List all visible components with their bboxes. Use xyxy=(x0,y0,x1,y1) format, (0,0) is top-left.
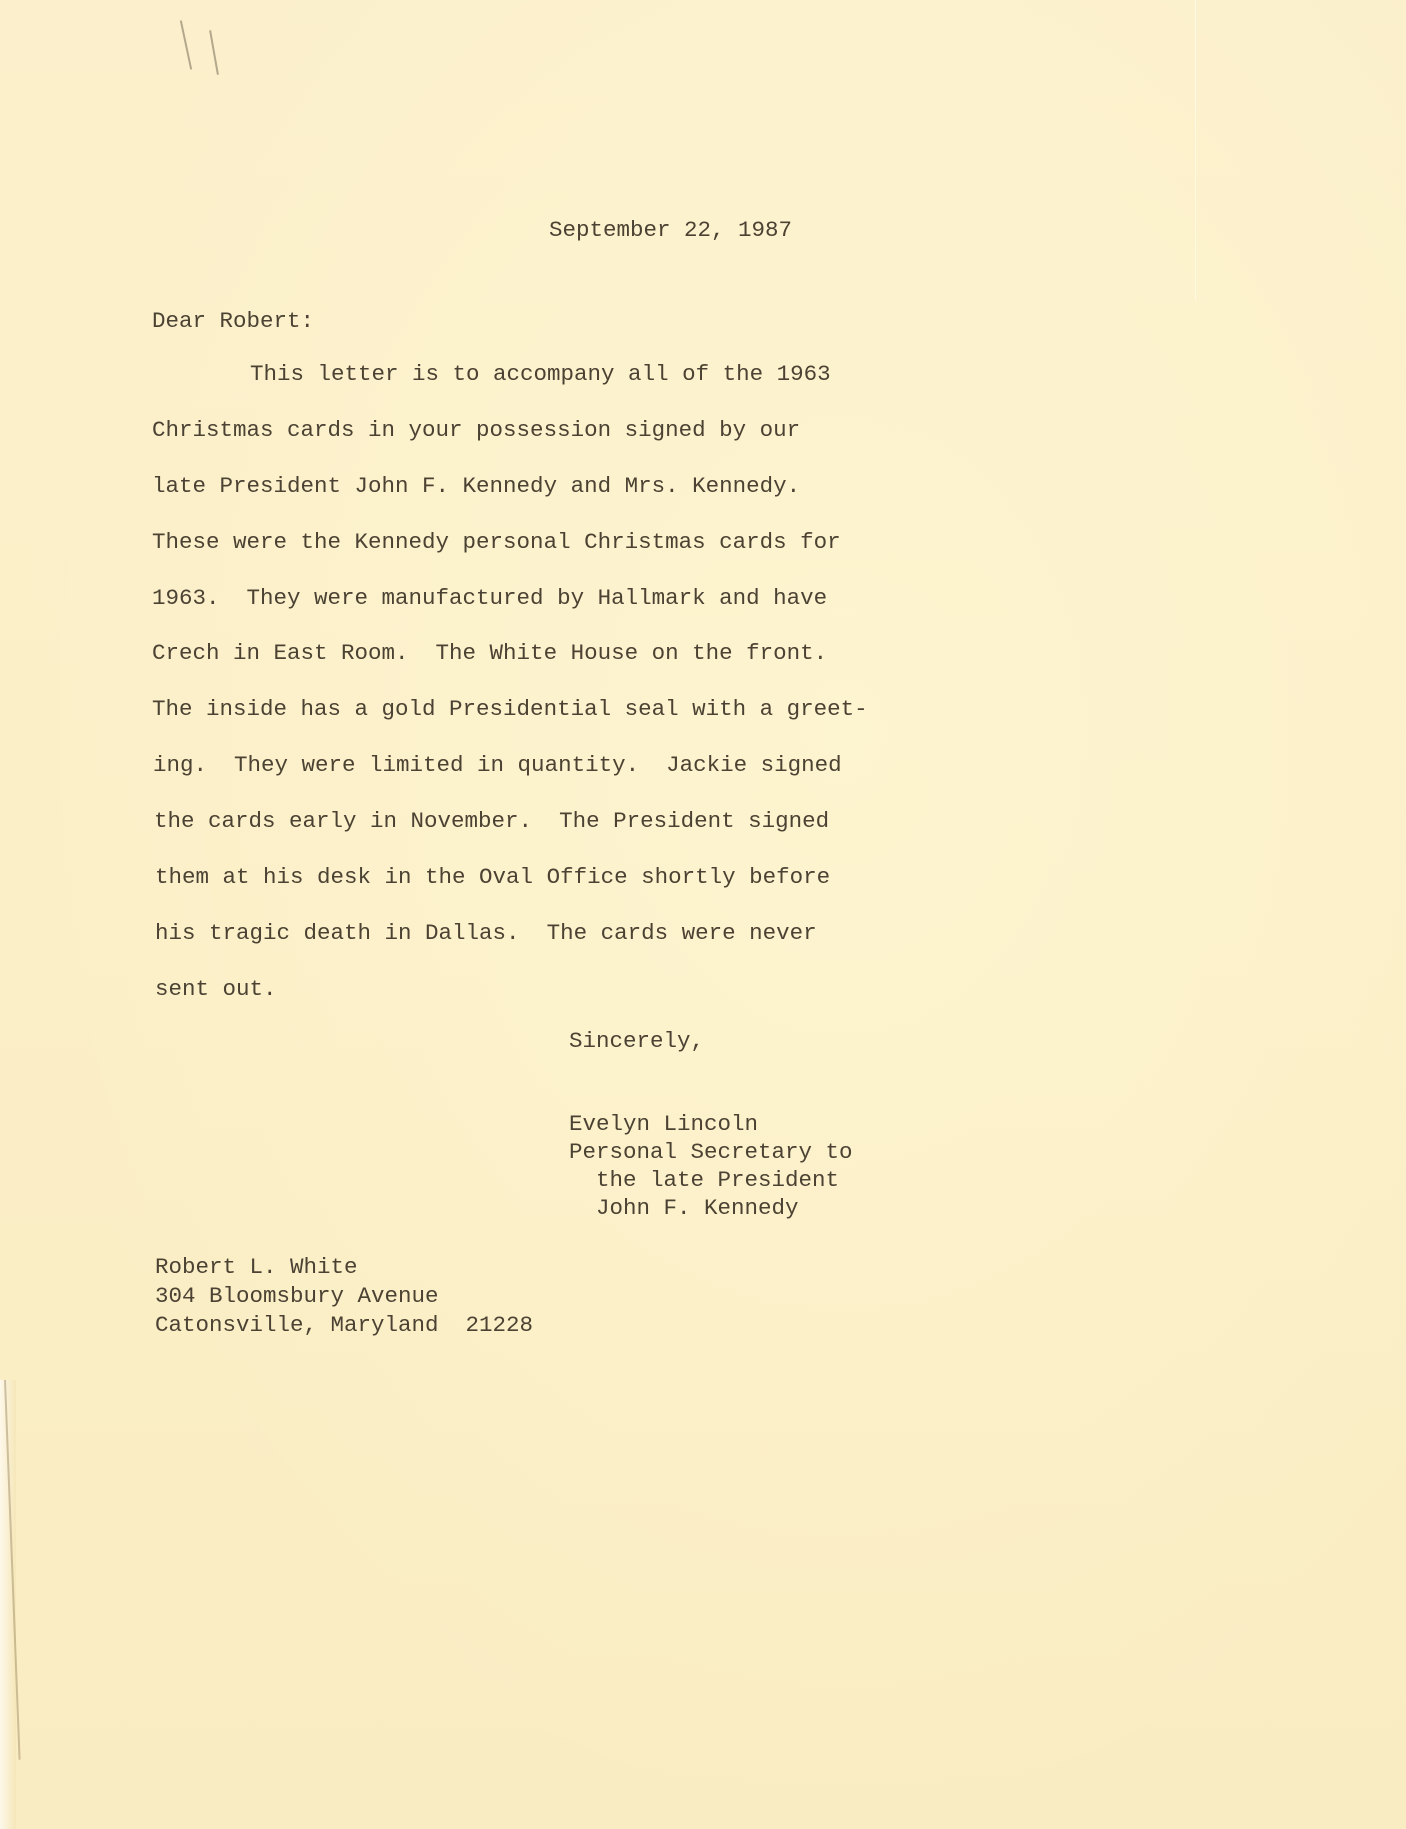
body-line: These were the Kennedy personal Christma… xyxy=(152,531,841,554)
signature-title: John F. Kennedy xyxy=(569,1197,799,1220)
recipient-name: Robert L. White xyxy=(155,1256,358,1279)
body-line: Crech in East Room. The White House on t… xyxy=(152,642,827,665)
closing: Sincerely, xyxy=(569,1030,704,1053)
body-line: This letter is to accompany all of the 1… xyxy=(250,363,831,386)
body-line: late President John F. Kennedy and Mrs. … xyxy=(152,475,800,498)
body-line: them at his desk in the Oval Office shor… xyxy=(155,866,830,889)
body-line: The inside has a gold Presidential seal … xyxy=(152,698,868,721)
body-line: ing. They were limited in quantity. Jack… xyxy=(153,754,842,777)
recipient-street: 304 Bloomsbury Avenue xyxy=(155,1285,439,1308)
recipient-address: Robert L. White 304 Bloomsbury Avenue Ca… xyxy=(0,0,27,90)
salutation: Dear Robert: xyxy=(152,310,314,333)
signature-title: the late President xyxy=(569,1169,839,1192)
body-line: sent out. xyxy=(155,978,277,1001)
body-line: 1963. They were manufactured by Hallmark… xyxy=(152,587,827,610)
body-line: Christmas cards in your possession signe… xyxy=(152,419,800,442)
body-line: his tragic death in Dallas. The cards we… xyxy=(155,922,817,945)
signature-title: Personal Secretary to xyxy=(569,1141,853,1164)
recipient-city: Catonsville, Maryland 21228 xyxy=(155,1314,533,1337)
fold-crease xyxy=(1195,0,1196,300)
body-line: the cards early in November. The Preside… xyxy=(154,810,829,833)
signature-name: Evelyn Lincoln xyxy=(569,1113,758,1136)
letter-date: September 22, 1987 xyxy=(549,219,792,242)
